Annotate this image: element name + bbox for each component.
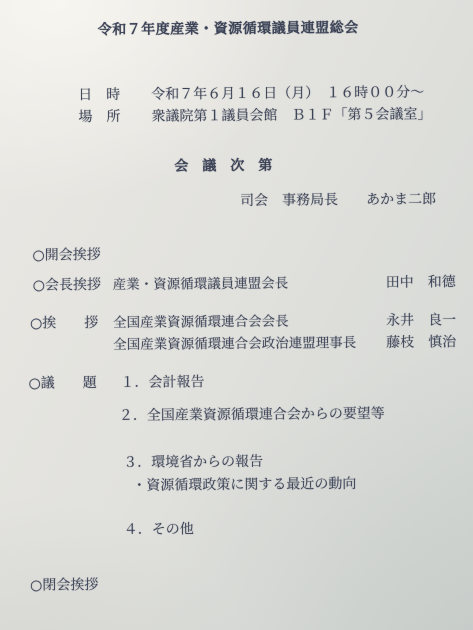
- closing-greeting-line: ○閉会挨拶: [30, 577, 98, 595]
- topic-item-3: ３．環境省からの報告: [123, 454, 263, 473]
- guest-greeting-line-1: ○挨 拶 全国産業資源循環連合会会長 永井 良一: [0, 312, 473, 336]
- guest-role-1: 全国産業資源循環連合会会長: [113, 314, 289, 332]
- guest-greeting-line-2: 全国産業資源循環連合会政治連盟理事長 藤枝 慎治: [0, 334, 473, 358]
- page-title: 令和７年度産業・資源循環議員連盟総会: [0, 19, 465, 40]
- meta-datetime-row: 日 時 令和７年６月１６日（月） １６時００分～: [0, 84, 471, 108]
- guest-name-1: 永井 良一: [386, 312, 456, 330]
- topic-item-3-sub: ・資源循環政策に関する最近の動向: [132, 476, 356, 495]
- circle-bullet-icon: ○: [30, 316, 42, 332]
- agenda-heading: 会 議 次 第: [0, 156, 460, 177]
- moderator-line: 司会 事務局長 あかま二郎: [240, 191, 436, 210]
- guest-greeting-label: 挨 拶: [42, 315, 98, 331]
- closing-greeting-label: 閉会挨拶: [42, 577, 98, 593]
- venue-label: 場 所: [78, 109, 120, 127]
- topic-item-2: ２．全国産業資源循環連合会からの要望等: [119, 406, 385, 426]
- datetime-value: 令和７年６月１６日（月） １６時００分～: [151, 85, 424, 105]
- datetime-label: 日 時: [78, 87, 120, 105]
- topics-label: 議 題: [41, 375, 97, 391]
- chair-greeting-line: ○会長挨拶 産業・資源循環議員連盟会長 田中 和德: [0, 274, 473, 298]
- topic-item-4: ４．その他: [124, 521, 194, 539]
- chair-role: 産業・資源循環議員連盟会長: [113, 276, 289, 294]
- guest-role-2: 全国産業資源循環連合会政治連盟理事長: [113, 335, 356, 354]
- chair-greeting-label: 会長挨拶: [45, 277, 101, 293]
- opening-greeting-label: 開会挨拶: [45, 247, 101, 263]
- circle-bullet-icon: ○: [28, 376, 40, 392]
- venue-value: 衆議院第１議員会館 Ｂ１Ｆ「第５会議室」: [151, 106, 431, 126]
- agenda-sheet: 令和７年度産業・資源循環議員連盟総会 日 時 令和７年６月１６日（月） １６時０…: [0, 0, 473, 630]
- circle-bullet-icon: ○: [30, 578, 42, 594]
- circle-bullet-icon: ○: [32, 248, 44, 264]
- meta-venue-row: 場 所 衆議院第１議員会館 Ｂ１Ｆ「第５会議室」: [0, 106, 472, 130]
- guest-name-2: 藤枝 慎治: [386, 334, 456, 352]
- circle-bullet-icon: ○: [33, 278, 45, 294]
- document-photo: 令和７年度産業・資源循環議員連盟総会 日 時 令和７年６月１６日（月） １６時０…: [0, 0, 473, 630]
- opening-greeting-line: ○開会挨拶: [0, 244, 473, 268]
- topic-item-1: １．会計報告: [120, 374, 204, 392]
- topics-line: ○議 題 １．会計報告: [0, 372, 473, 396]
- chair-name: 田中 和德: [386, 274, 456, 292]
